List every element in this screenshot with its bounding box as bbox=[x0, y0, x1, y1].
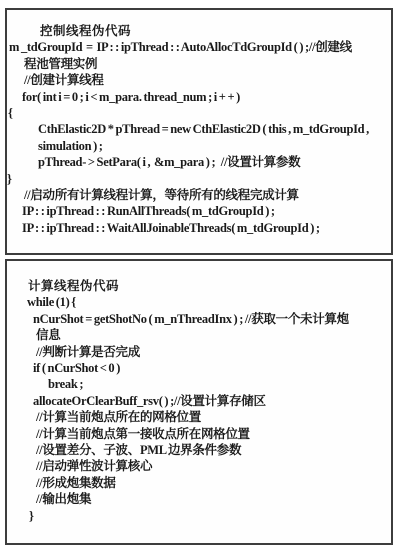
code-line: 信息 bbox=[7, 327, 391, 343]
code-line: } bbox=[7, 171, 391, 187]
code-line: //设置差分、子波、PML 边界条件参数 bbox=[7, 442, 391, 458]
code-line: m _tdGroupId = IP : : ipThread : : AutoA… bbox=[7, 39, 391, 55]
code-line: //计算当前炮点所在的网格位置 bbox=[7, 409, 391, 425]
code-line: //启动所有计算线程计算，等待所有的线程完成计算 bbox=[7, 187, 391, 203]
code-line: CthElastic2D * pThread = new CthElastic2… bbox=[7, 121, 391, 137]
code-line: IP : : ipThread : : RunAllThreads( m_tdG… bbox=[7, 203, 391, 219]
code-line: //创建计算线程 bbox=[7, 72, 391, 88]
code-line: allocateOrClearBuff_rsv( ) ;//设置计算存储区 bbox=[7, 393, 391, 409]
code-line: //形成炮集数据 bbox=[7, 475, 391, 491]
code-line: { bbox=[7, 105, 391, 121]
code-line: nCurShot = getShotNo ( m_nThreadInx ) ; … bbox=[7, 311, 391, 327]
block-title: 计算线程伪代码 bbox=[7, 278, 391, 294]
code-line: IP : : ipThread : : WaitAllJoinableThrea… bbox=[7, 220, 391, 236]
code-line: //计算当前炮点第一接收点所在网格位置 bbox=[7, 426, 391, 442]
code-line: } bbox=[7, 508, 391, 524]
code-line: //判断计算是否完成 bbox=[7, 344, 391, 360]
code-line: while (1) { bbox=[7, 294, 391, 310]
code-line: simulation ) ; bbox=[7, 138, 391, 154]
control-thread-pseudocode-block: 控制线程伪代码m _tdGroupId = IP : : ipThread : … bbox=[5, 8, 393, 255]
code-line: //启动弹性波计算核心 bbox=[7, 458, 391, 474]
code-line: if ( nCurShot < 0 ) bbox=[7, 360, 391, 376]
code-line: //输出炮集 bbox=[7, 491, 391, 507]
pseudocode-figure: 控制线程伪代码m _tdGroupId = IP : : ipThread : … bbox=[0, 0, 397, 557]
code-line: for( int i = 0 ; i < m_para. thread_num … bbox=[7, 89, 391, 105]
code-line: pThread- > SetPara( i , &m_para ) ; //设置… bbox=[7, 154, 391, 170]
compute-thread-pseudocode-block: 计算线程伪代码while (1) {nCurShot = getShotNo (… bbox=[5, 259, 393, 545]
block-title: 控制线程伪代码 bbox=[7, 23, 391, 39]
code-line: break ; bbox=[7, 376, 391, 392]
code-line: 程池管理实例 bbox=[7, 56, 391, 72]
